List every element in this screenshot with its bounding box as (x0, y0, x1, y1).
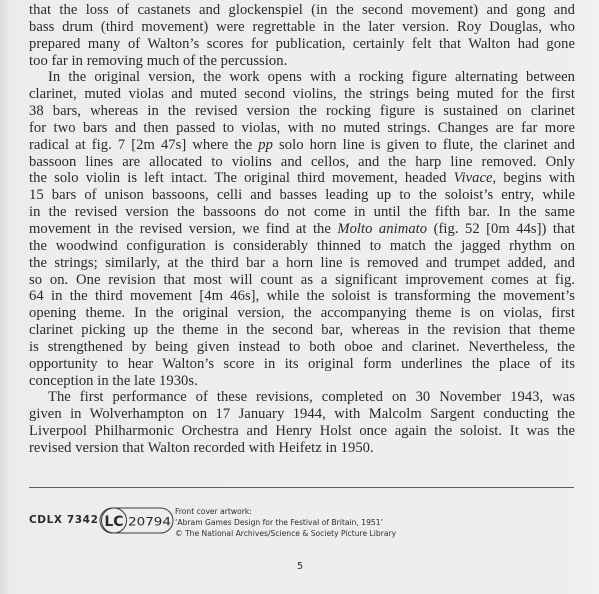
italic-term: pp (258, 137, 273, 153)
credit-line: © The National Archives/Science & Societ… (175, 528, 396, 539)
text-line: opportunity to hear Walton’s score in it… (29, 356, 575, 373)
label-code-number: 20794 (128, 515, 171, 529)
footer: CDLX 7342 LC 20794 Front cover artwork: … (29, 505, 574, 545)
credit-line: Front cover artwork: (175, 506, 396, 517)
catalog-number: CDLX 7342 (29, 514, 99, 526)
text-line: so on. One revision that most will count… (29, 272, 575, 289)
text-line: opening theme. In the original version, … (29, 305, 575, 322)
text-line: prepared many of Walton’s scores for pub… (29, 36, 575, 53)
text-line: that the loss of castanets and glockensp… (29, 2, 575, 19)
text-line: given in Wolverhampton on 17 January 194… (29, 406, 575, 423)
text-line: clarinet, muted violas and muted second … (29, 86, 575, 103)
label-code-prefix: LC (104, 514, 123, 530)
text-line: The first performance of these revisions… (29, 389, 575, 406)
text-line: revised version that Walton recorded wit… (29, 440, 575, 457)
text-line: 38 bars, whereas in the revised version … (29, 103, 575, 120)
text-line: is strengthened by being given instead t… (29, 339, 575, 356)
text-line: 64 in the third movement [4m 46s], while… (29, 288, 575, 305)
cover-artwork-credit: Front cover artwork: ‘Abram Games Design… (175, 506, 396, 539)
text-line: In the original version, the work opens … (29, 69, 575, 86)
text-line: Liverpool Philharmonic Orchestra and Hen… (29, 423, 575, 440)
footer-divider (29, 487, 574, 488)
text-line: clarinet picking up the theme in the sec… (29, 322, 575, 339)
paragraph: In the original version, the work opens … (29, 69, 575, 389)
text-line: 15 bars of unison bassoons, celli and ba… (29, 187, 575, 204)
paragraph: that the loss of castanets and glockensp… (29, 2, 575, 69)
text-line: movement in the revised version, we find… (29, 221, 575, 238)
text-line: conception in the late 1930s. (29, 373, 575, 390)
text-line: bassoon lines are allocated to violins a… (29, 154, 575, 171)
essay-body: that the loss of castanets and glockensp… (29, 2, 575, 457)
text-line: the strings; similarly, at the third bar… (29, 255, 575, 272)
text-line: the woodwind configuration is considerab… (29, 238, 575, 255)
text-line: bass drum (third movement) were regretta… (29, 19, 575, 36)
booklet-page: that the loss of castanets and glockensp… (0, 0, 599, 594)
text-line: too far in removing much of the percussi… (29, 53, 575, 70)
italic-term: Vivace (454, 170, 493, 186)
label-code-outline-icon: LC 20794 (99, 506, 175, 536)
page-number: 5 (297, 561, 303, 572)
credit-line: ‘Abram Games Design for the Festival of … (175, 517, 396, 528)
text-line: in the revised version the bassoons do n… (29, 204, 575, 221)
italic-term: Molto animato (337, 221, 427, 237)
text-line: the solo violin is left intact. The orig… (29, 170, 575, 187)
paragraph: The first performance of these revisions… (29, 389, 575, 456)
label-code-badge: LC 20794 (99, 506, 174, 535)
text-line: radical at fig. 7 [2m 47s] where the pp … (29, 137, 575, 154)
text-line: for two bars and then passed to violas, … (29, 120, 575, 137)
